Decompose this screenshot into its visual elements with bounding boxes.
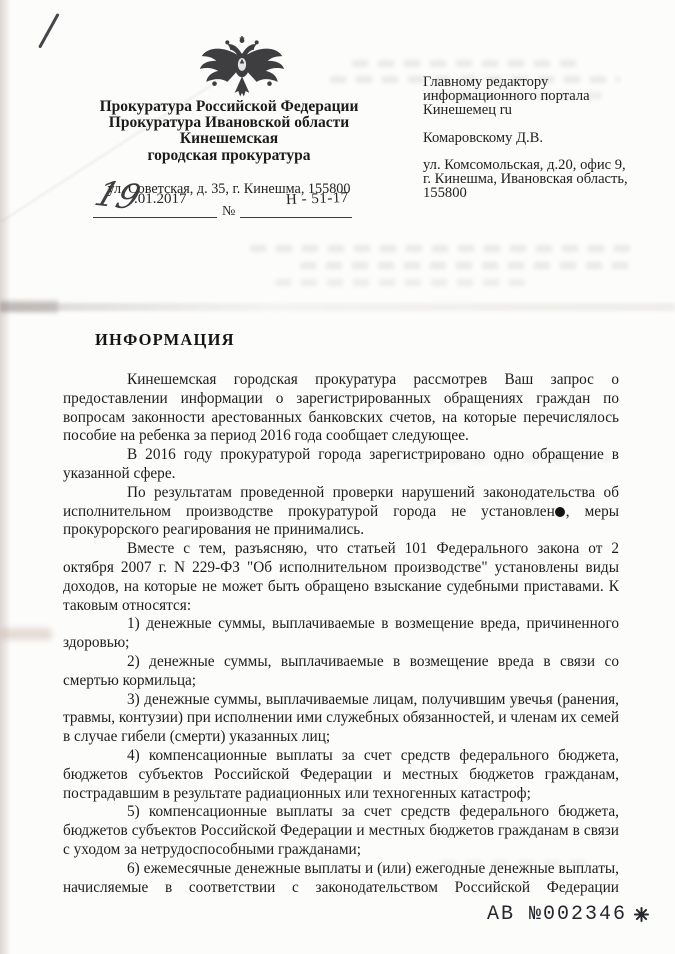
showthrough-artifact [300, 262, 630, 269]
date-underline [93, 204, 217, 218]
ink-blot-artifact: о [555, 507, 565, 517]
recipient-address-line: 155800 [423, 186, 659, 200]
date-number-row: № [93, 204, 352, 218]
edge-smudge-artifact [0, 628, 52, 640]
recipient-line: информационного портала [423, 89, 659, 103]
document-title: ИНФОРМАЦИЯ [95, 330, 235, 350]
showthrough-artifact [250, 245, 640, 252]
body-text-segment: По результатам проведенной проверки нару… [63, 484, 619, 520]
list-item: 6) ежемесячные денежные выплаты и (или) … [63, 860, 619, 898]
letterhead-block: Прокуратура Российской Федерации Прокура… [95, 99, 363, 164]
stamp-text: АВ №002346 [487, 903, 627, 926]
recipient-block: Главному редактору информационного порта… [423, 75, 659, 200]
org-name-line: городская прокуратура [95, 148, 363, 164]
list-item: 2) денежные суммы, выплачиваемые в возме… [63, 653, 619, 691]
page-edge-shadow-artifact [0, 0, 11, 954]
recipient-address-line: ул. Комсомольская, д.20, офис 9, [423, 158, 659, 172]
recipient-address-line: г. Кинешма, Ивановская область, [423, 172, 659, 186]
body-paragraph: По результатам проведенной проверки нару… [63, 484, 619, 540]
form-number-stamp: АВ №002346 [487, 903, 649, 926]
stamp-flower-icon [634, 907, 649, 922]
recipient-line: Главному редактору [423, 75, 659, 89]
list-item: 1) денежные суммы, выплачиваемые в возме… [63, 615, 619, 653]
list-item: 3) денежные суммы, выплачиваемые лицам, … [63, 691, 619, 747]
recipient-name: Комаровскому Д.В. [423, 131, 659, 145]
fold-crease-artifact [0, 303, 675, 311]
body-paragraph: Вместе с тем, разъясняю, что статьей 101… [63, 540, 619, 615]
recipient-line: Кинешемец ru [423, 103, 659, 117]
number-underline [240, 204, 352, 218]
fold-crease-edge-artifact [0, 300, 58, 313]
showthrough-artifact [352, 60, 582, 67]
showthrough-artifact [275, 279, 525, 286]
body-paragraph: Кинешемская городская прокуратура рассмо… [63, 371, 619, 446]
document-body: Кинешемская городская прокуратура рассмо… [63, 371, 619, 897]
list-item: 5) компенсационные выплаты за счет средс… [63, 803, 619, 859]
org-name-line: Прокуратура Ивановской области [95, 115, 363, 131]
list-item: 4) компенсационные выплаты за счет средс… [63, 747, 619, 803]
body-paragraph: В 2016 году прокуратурой города зарегист… [63, 446, 619, 484]
coat-of-arms-icon [196, 36, 288, 102]
org-name-line: Прокуратура Российской Федерации [95, 99, 363, 115]
pen-stroke-artifact [38, 13, 59, 48]
org-name-line: Кинешемская [95, 131, 363, 147]
number-sign: № [222, 205, 235, 218]
scanned-letter-page: Прокуратура Российской Федерации Прокура… [0, 0, 675, 954]
